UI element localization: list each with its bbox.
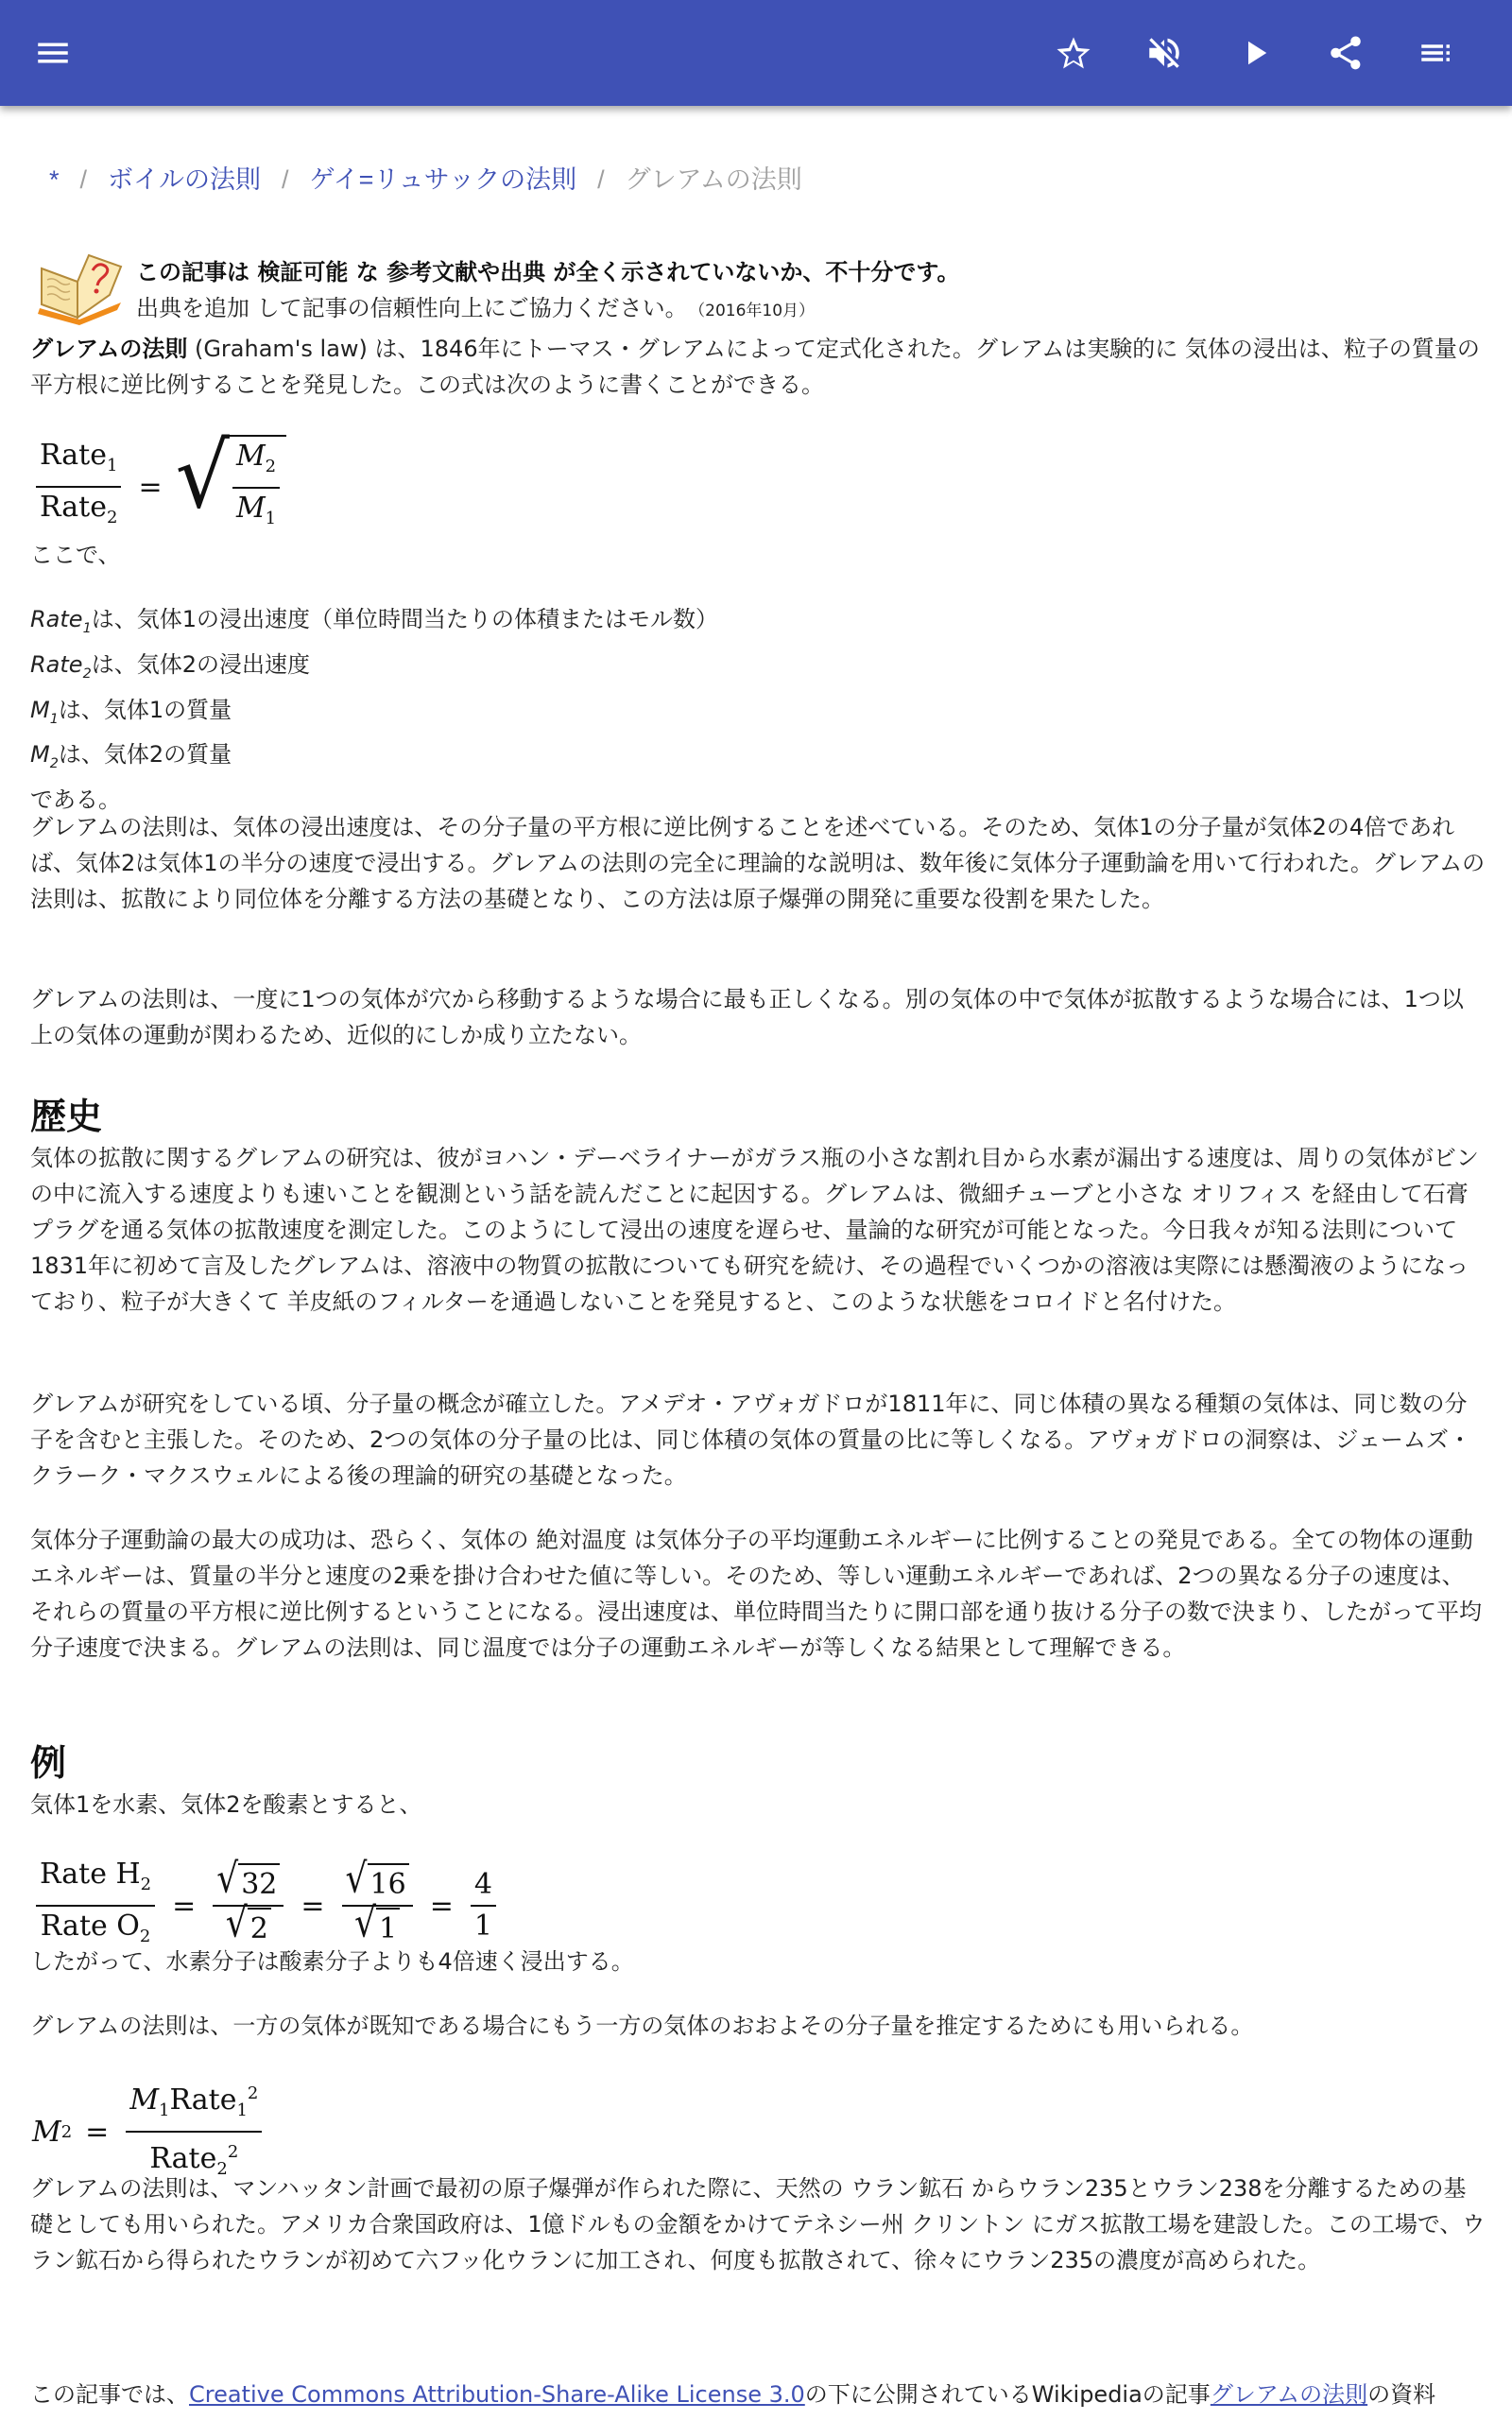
variable-symbol: Rate xyxy=(30,651,83,678)
m1-sub: 1 xyxy=(266,509,276,528)
variable-desc: は、気体1の浸出速度（単位時間当たりの体積またはモル数） xyxy=(92,606,718,632)
history-paragraph-1: 気体の拡散に関するグレアムの研究は、彼がヨハン・デーベライナーがガラス瓶の小さな… xyxy=(30,1140,1486,1320)
menu-button[interactable] xyxy=(26,26,79,79)
play-button[interactable] xyxy=(1228,26,1281,79)
subscript: 2 xyxy=(61,2122,72,2142)
rate-o2-label: Rate O xyxy=(41,1910,140,1943)
notice-title: この記事は 検証可能 な 参考文献や出典 が全く示されていないか、不十分です。 xyxy=(136,253,960,286)
table-of-contents-icon xyxy=(1417,33,1456,73)
variable-item: Rate2は、気体2の浸出速度 xyxy=(30,647,718,692)
m2-label: M xyxy=(236,440,266,473)
denominator: 1 xyxy=(471,1907,496,1946)
breadcrumb-item-root[interactable]: * xyxy=(49,165,60,194)
equals-sign: = xyxy=(301,1890,324,1923)
paragraph-accuracy: グレアムの法則は、一度に1つの気体が穴から移動するような場合に最も正しくなる。別… xyxy=(30,981,1486,1053)
variable-desc: は、気体2の質量 xyxy=(59,741,232,768)
equals-sign: = xyxy=(85,2116,109,2149)
subscript: 1 xyxy=(159,2100,169,2120)
notice-date: （2016年10月） xyxy=(697,302,815,320)
example-conclusion: したがって、水素分子は酸素分子よりも4倍速く浸出する。 xyxy=(30,1944,1486,1979)
equals-sign: = xyxy=(430,1890,454,1923)
attribution-middle: の下に公開されているWikipediaの記事 xyxy=(805,2381,1211,2408)
radicand: 16 xyxy=(368,1863,409,1905)
question-book-icon xyxy=(34,250,125,325)
formula-example: Rate H2 Rate O2 = √32 √2 = √16 √1 = 4 1 xyxy=(32,1855,500,1957)
citation-notice: この記事は 検証可能 な 参考文献や出典 が全く示されていないか、不十分です。 … xyxy=(34,246,1452,325)
breadcrumb-item-boyle[interactable]: ボイルの法則 xyxy=(108,165,261,194)
intro-text: (Graham's law) は、1846年にトーマス・グレアムによって定式化さ… xyxy=(30,336,1480,398)
where-text: ここで、 xyxy=(30,537,1486,573)
section-heading-example: 例 xyxy=(30,1734,66,1786)
notice-subtitle: 出典を追加 して記事の信頼性向上にご協力ください。（2016年10月） xyxy=(136,289,815,322)
m2-label: M xyxy=(32,2116,61,2149)
variable-symbol: M xyxy=(30,741,50,768)
app-bar xyxy=(0,0,1512,106)
breadcrumb-separator: / xyxy=(282,165,289,194)
volume-off-icon xyxy=(1144,33,1184,73)
breadcrumb-item-current: グレアムの法則 xyxy=(626,165,802,194)
variable-sub: 2 xyxy=(83,666,92,682)
example-paragraph-3: グレアムの法則は、マンハッタン計画で最初の原子爆弾が作られた際に、天然の ウラン… xyxy=(30,2170,1486,2278)
radicand: M2 M1 xyxy=(226,435,286,539)
mute-button[interactable] xyxy=(1138,26,1191,79)
history-paragraph-3: 気体分子運動論の最大の成功は、恐らく、気体の 絶対温度 は気体分子の平均運動エネ… xyxy=(30,1522,1486,1666)
share-button[interactable] xyxy=(1319,26,1372,79)
rate-ratio-fraction: Rate H2 Rate O2 xyxy=(36,1855,155,1957)
intro-paragraph: グレアムの法則 (Graham's law) は、1846年にトーマス・グレアム… xyxy=(30,331,1486,403)
attribution-suffix: の資料 xyxy=(1367,2381,1435,2408)
license-link[interactable]: Creative Commons Attribution-Share-Alike… xyxy=(189,2381,805,2408)
formula-graham-law: Rate1 Rate2 = √ M2 M1 xyxy=(32,435,286,539)
bookmark-button[interactable] xyxy=(1047,26,1100,79)
source-article-link[interactable]: グレアムの法則 xyxy=(1211,2381,1367,2408)
sqrt-fraction-32-2: √32 √2 xyxy=(213,1862,283,1949)
paragraph-rate-explanation: グレアムの法則は、気体の浸出速度は、その分子量の平方根に逆比例することを述べてい… xyxy=(30,809,1486,917)
rate2-label: Rate xyxy=(40,491,107,524)
square-root: √ M2 M1 xyxy=(176,435,287,539)
variable-sub: 2 xyxy=(50,756,59,771)
sqrt-fraction-16-1: √16 √1 xyxy=(342,1862,413,1949)
m1-label: M xyxy=(129,2083,159,2117)
equals-sign: = xyxy=(172,1890,196,1923)
subscript: 2 xyxy=(141,1875,151,1894)
rate1-label: Rate xyxy=(40,439,107,472)
share-icon xyxy=(1326,33,1366,73)
rate-h2-label: Rate H xyxy=(40,1858,141,1891)
fraction-4-1: 4 1 xyxy=(471,1865,496,1946)
rate-fraction: Rate1 Rate2 xyxy=(36,436,121,538)
variable-desc: は、気体2の浸出速度 xyxy=(92,651,310,678)
example-paragraph-2: グレアムの法則は、一方の気体が既知である場合にもう一方の気体のおおよその分子量を… xyxy=(30,2008,1486,2044)
subscript: 1 xyxy=(236,2100,247,2120)
superscript: 2 xyxy=(248,2083,258,2103)
superscript: 2 xyxy=(228,2142,238,2162)
contents-button[interactable] xyxy=(1410,26,1463,79)
breadcrumb-item-gay-lussac[interactable]: ゲイ=リュサックの法則 xyxy=(310,165,577,194)
breadcrumb-separator: / xyxy=(597,165,605,194)
example-intro: 気体1を水素、気体2を酸素とすると、 xyxy=(30,1787,1486,1823)
variable-symbol: M xyxy=(30,697,50,723)
notice-message: 出典を追加 して記事の信頼性向上にご協力ください。 xyxy=(136,295,688,321)
m1-label: M xyxy=(236,492,266,525)
variable-sub: 1 xyxy=(50,711,59,726)
rate-label: Rate xyxy=(169,2083,236,2117)
section-heading-history: 歴史 xyxy=(30,1087,102,1139)
attribution-prefix: この記事では、 xyxy=(30,2381,189,2408)
variable-definitions: Rate1は、気体1の浸出速度（単位時間当たりの体積またはモル数） Rate2は… xyxy=(30,601,718,818)
m2-sub: 2 xyxy=(266,457,276,476)
variable-item: M2は、気体2の質量 xyxy=(30,736,718,782)
menu-icon xyxy=(33,33,73,73)
breadcrumb: */ボイルの法則/ゲイ=リュサックの法則/グレアムの法則 xyxy=(49,163,802,197)
numerator: 4 xyxy=(471,1865,496,1905)
history-paragraph-2: グレアムが研究をしている頃、分子量の概念が確立した。アメデオ・アヴォガドロが18… xyxy=(30,1386,1486,1494)
equals-sign: = xyxy=(138,471,162,504)
variable-desc: は、気体1の質量 xyxy=(59,697,232,723)
rate1-sub: 1 xyxy=(107,456,117,475)
attribution-text: この記事では、Creative Commons Attribution-Shar… xyxy=(30,2377,1435,2412)
variable-sub: 1 xyxy=(83,621,92,636)
play-icon xyxy=(1235,33,1275,73)
star-icon xyxy=(1054,33,1093,73)
variable-item: M1は、気体1の質量 xyxy=(30,692,718,737)
variable-symbol: Rate xyxy=(30,606,83,632)
variable-item: Rate1は、気体1の浸出速度（単位時間当たりの体積またはモル数） xyxy=(30,601,718,647)
radical-sign: √ xyxy=(176,432,230,542)
radicand: 32 xyxy=(238,1863,280,1905)
breadcrumb-separator: / xyxy=(80,165,88,194)
rate2-sub: 2 xyxy=(107,508,117,527)
article-title-bold: グレアムの法則 xyxy=(30,336,187,362)
